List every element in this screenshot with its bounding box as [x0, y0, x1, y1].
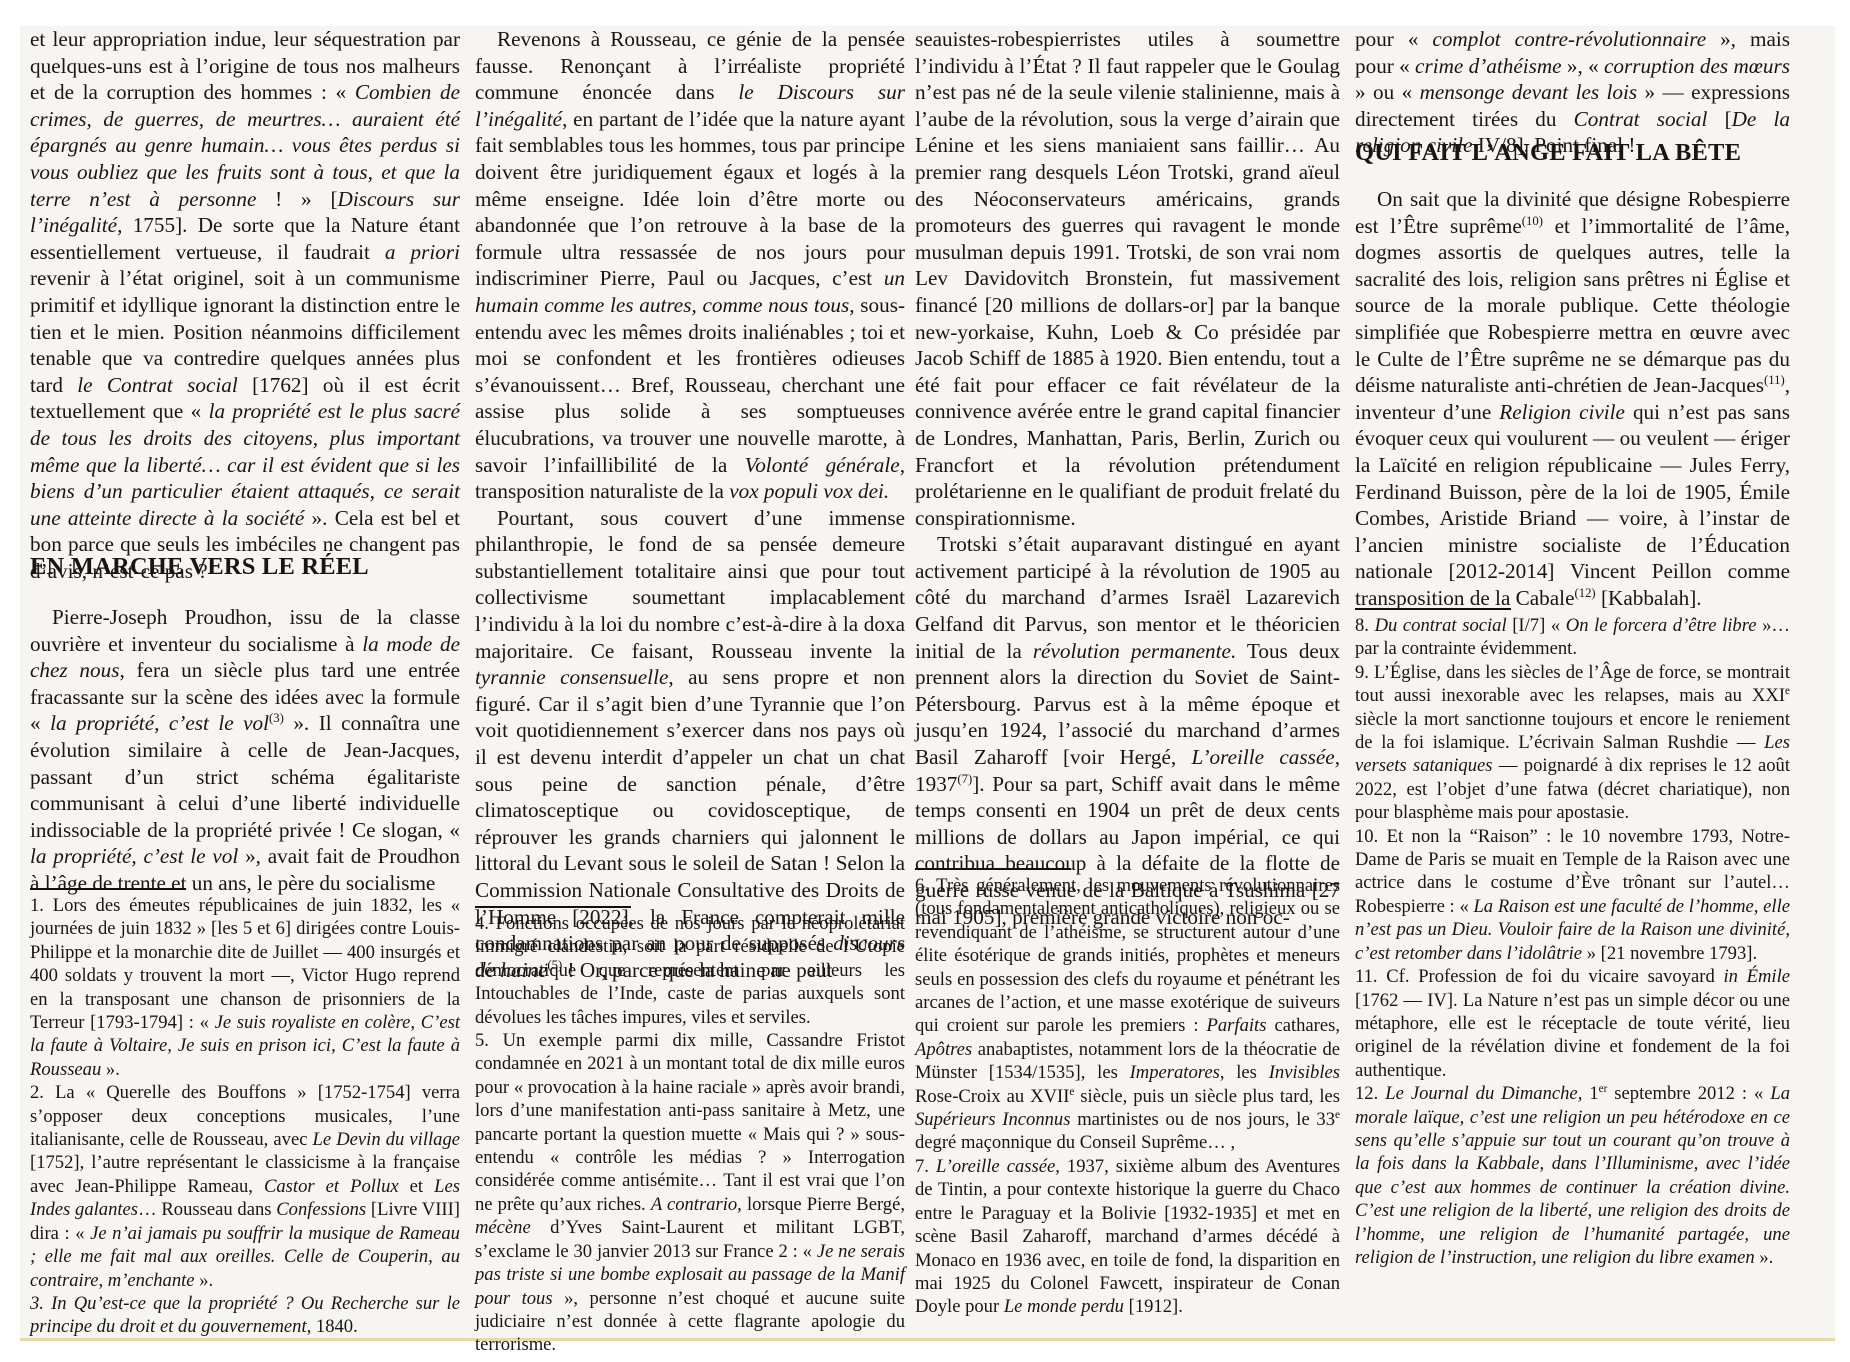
footnotes-4-5: 4. Fonctions occupées de nos jours par l…: [475, 906, 905, 1357]
footnote-6: 6. Très généralement, les mouvements rév…: [915, 874, 1340, 1155]
paragraph: Pierre-Joseph Proudhon, issu de la class…: [30, 604, 460, 897]
footnote-1: 1. Lors des émeutes républicaines de jui…: [30, 894, 460, 1081]
footnotes-1-3: 1. Lors des émeutes républicaines de jui…: [30, 888, 460, 1339]
section-heading: EN MARCHE VERS LE RÉEL: [30, 552, 460, 582]
footnote-3: 3. In Qu’est-ce que la propriété ? Ou Re…: [30, 1292, 460, 1339]
footnotes-6-7: 6. Très généralement, les mouvements rév…: [915, 868, 1340, 1319]
footnote-rule: [1355, 608, 1511, 610]
section-heading: QUI FAIT L’ANGE FAIT LA BÊTE: [1355, 138, 1790, 168]
scanned-page: et leur appropriation indue, leur séques…: [20, 26, 1835, 1341]
footnote-7: 7. L’oreille cassée, 1937, sixième album…: [915, 1155, 1340, 1319]
footnotes-8-12: 8. Du contrat social [I/7] « On le force…: [1355, 608, 1790, 1269]
footnote-9: 9. L’Église, dans les siècles de l’Âge d…: [1355, 661, 1790, 825]
paragraph: On sait que la divinité que désigne Robe…: [1355, 186, 1790, 612]
footnote-rule: [30, 888, 186, 890]
footnote-5: 5. Un exemple parmi dix mille, Cassandre…: [475, 1029, 905, 1357]
footnote-rule: [475, 906, 631, 908]
footnote-12: 12. Le Journal du Dimanche, 1er septembr…: [1355, 1082, 1790, 1269]
footnote-2: 2. La « Querelle des Bouffons » [1752-17…: [30, 1081, 460, 1292]
footnote-8: 8. Du contrat social [I/7] « On le force…: [1355, 614, 1790, 661]
paragraph: seauistes-robespierristes utiles à soume…: [915, 26, 1340, 531]
footnote-11: 11. Cf. Profession de foi du vicaire sav…: [1355, 965, 1790, 1082]
footnote-rule: [915, 868, 1071, 870]
paragraph: Revenons à Rousseau, ce génie de la pens…: [475, 26, 905, 505]
footnote-4: 4. Fonctions occupées de nos jours par l…: [475, 912, 905, 1029]
footnote-10: 10. Et non la “Raison” : le 10 novembre …: [1355, 825, 1790, 965]
paragraph: et leur appropriation indue, leur séques…: [30, 26, 460, 584]
